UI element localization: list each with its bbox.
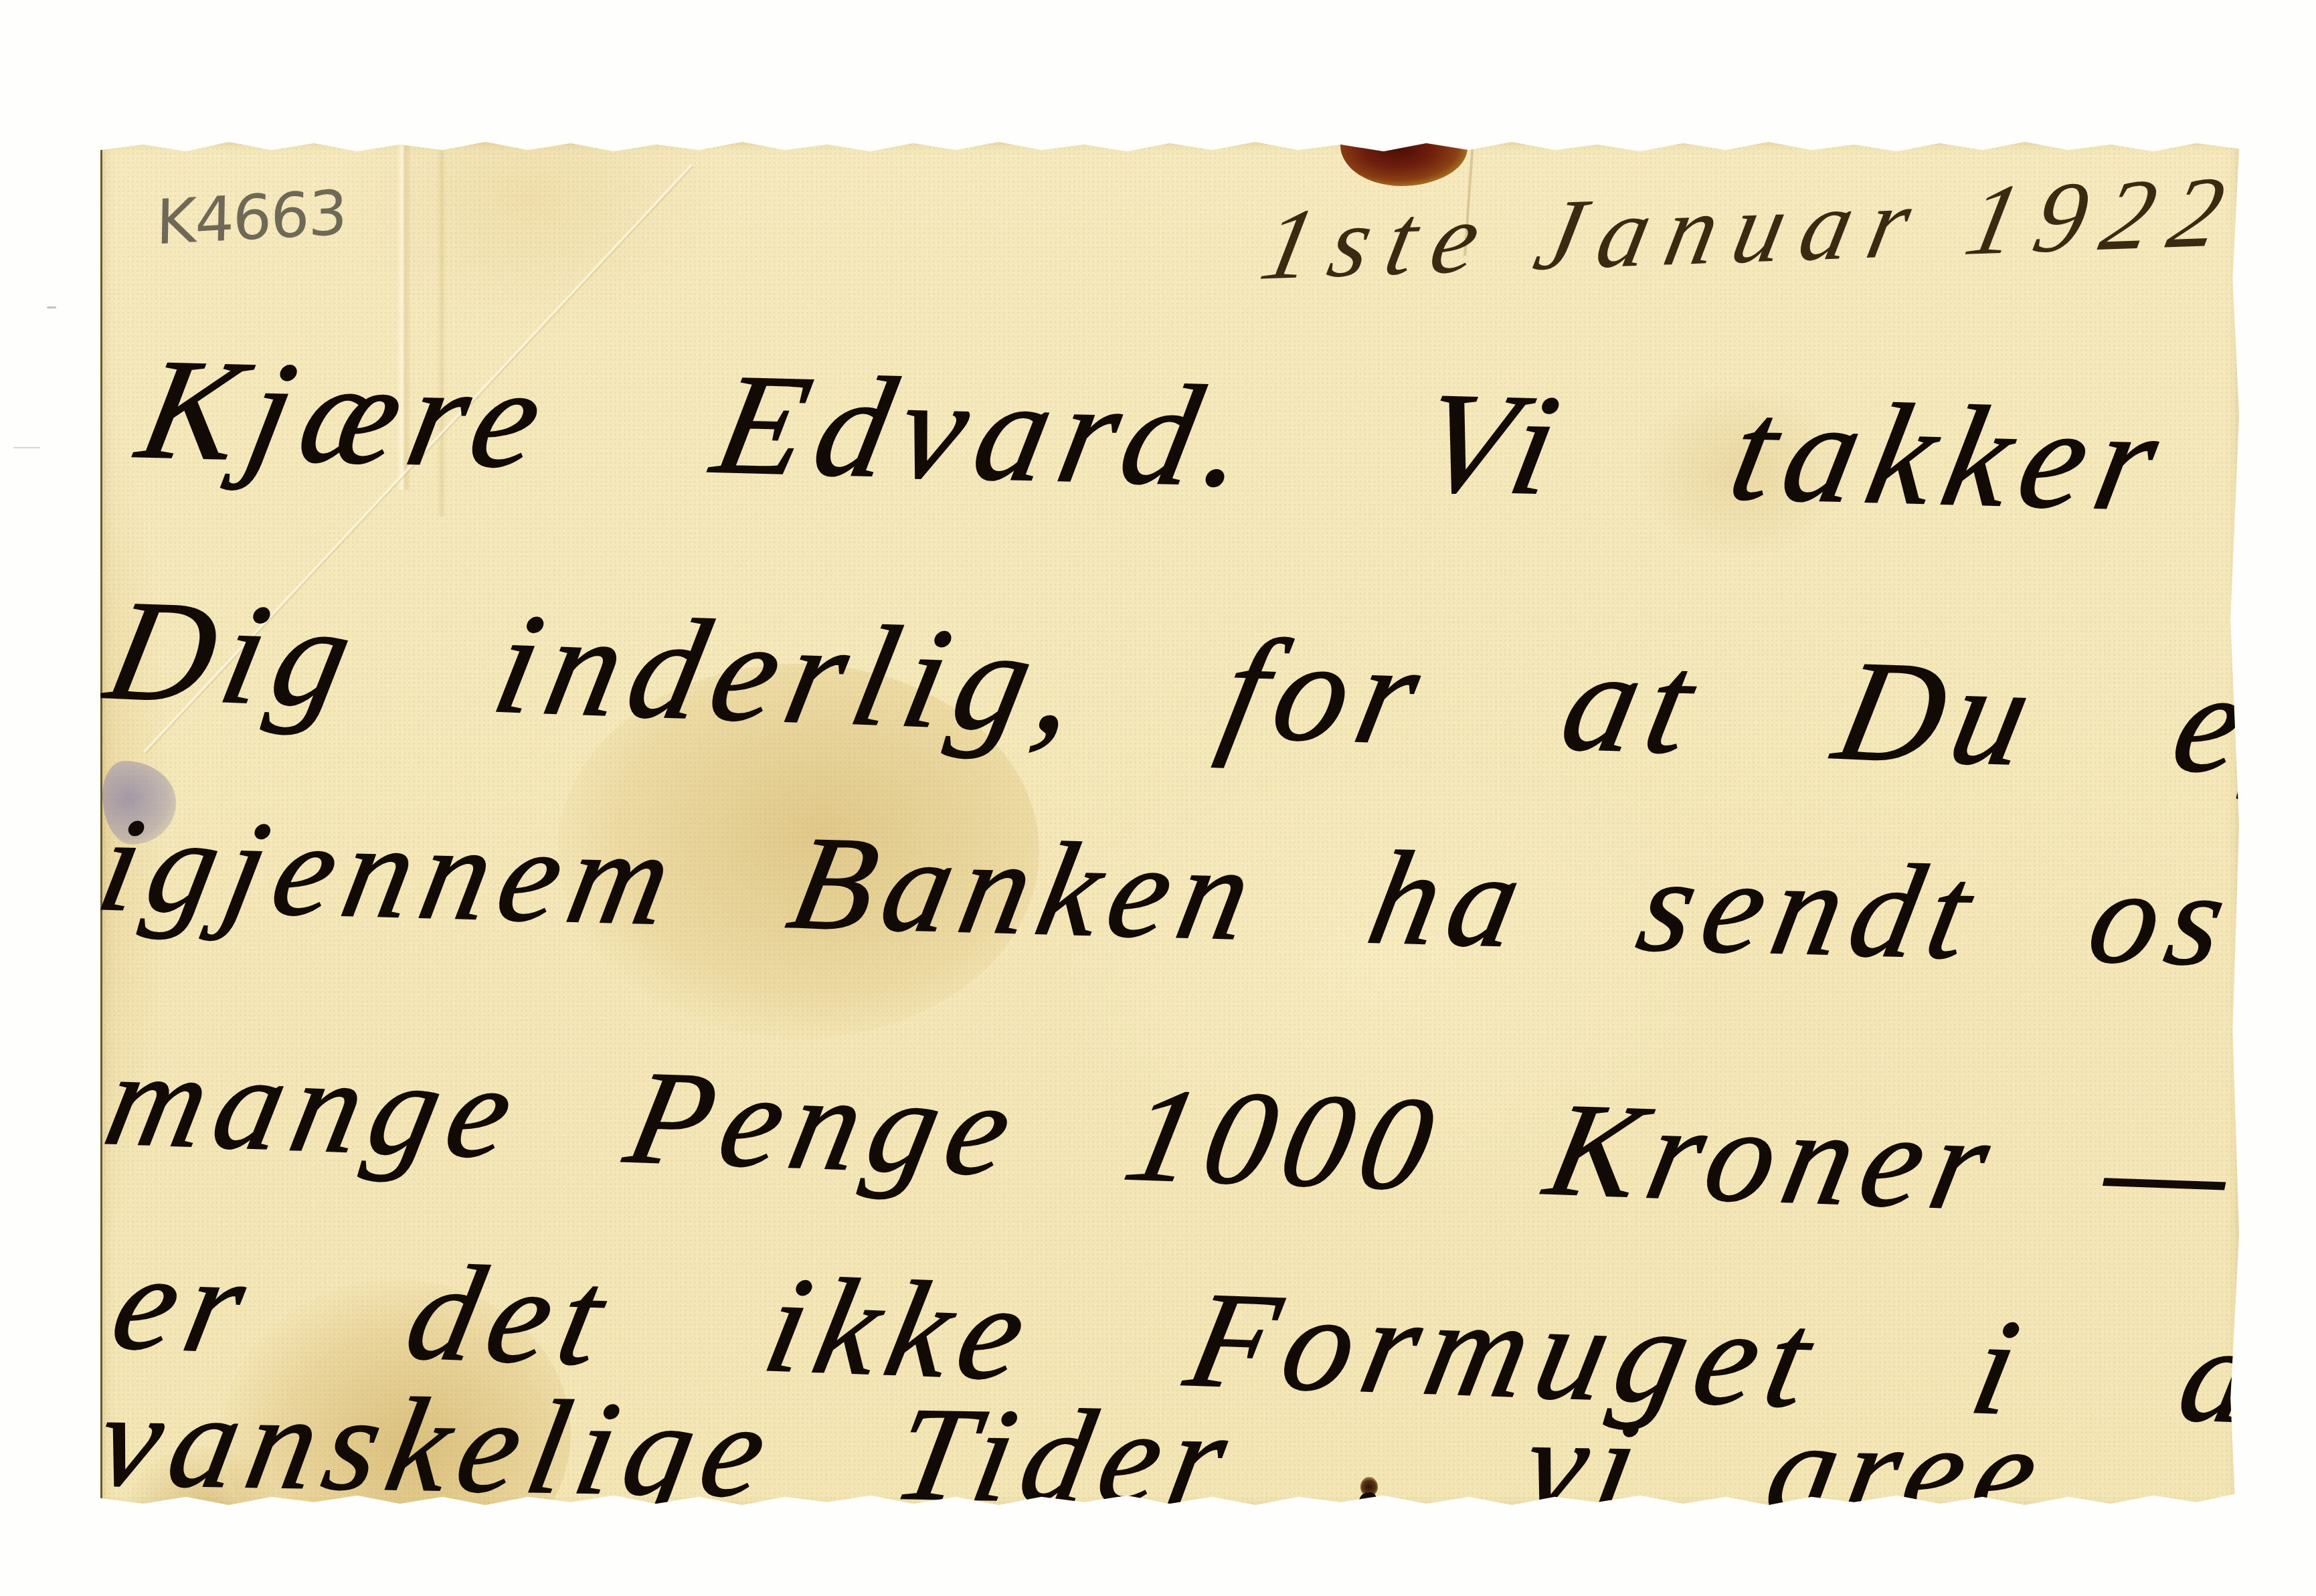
letter-line-4: mange Penge 1000 Kroner — men [96,1033,2316,1253]
letter-line-2: Dig inderlig, for at Du eggen [96,578,2316,806]
letter-line-3: igjennem Banken ha sendt os saa [89,798,2316,996]
letter-card: K4663 1ste Januar 1922 Kjære Edvard. Vi … [100,142,2239,1508]
scanner-mark [47,306,56,308]
scanner-mark [13,447,40,448]
accession-mark: K4663 [155,177,347,258]
date-line: 1ste Januar 1922 [1253,161,2250,296]
